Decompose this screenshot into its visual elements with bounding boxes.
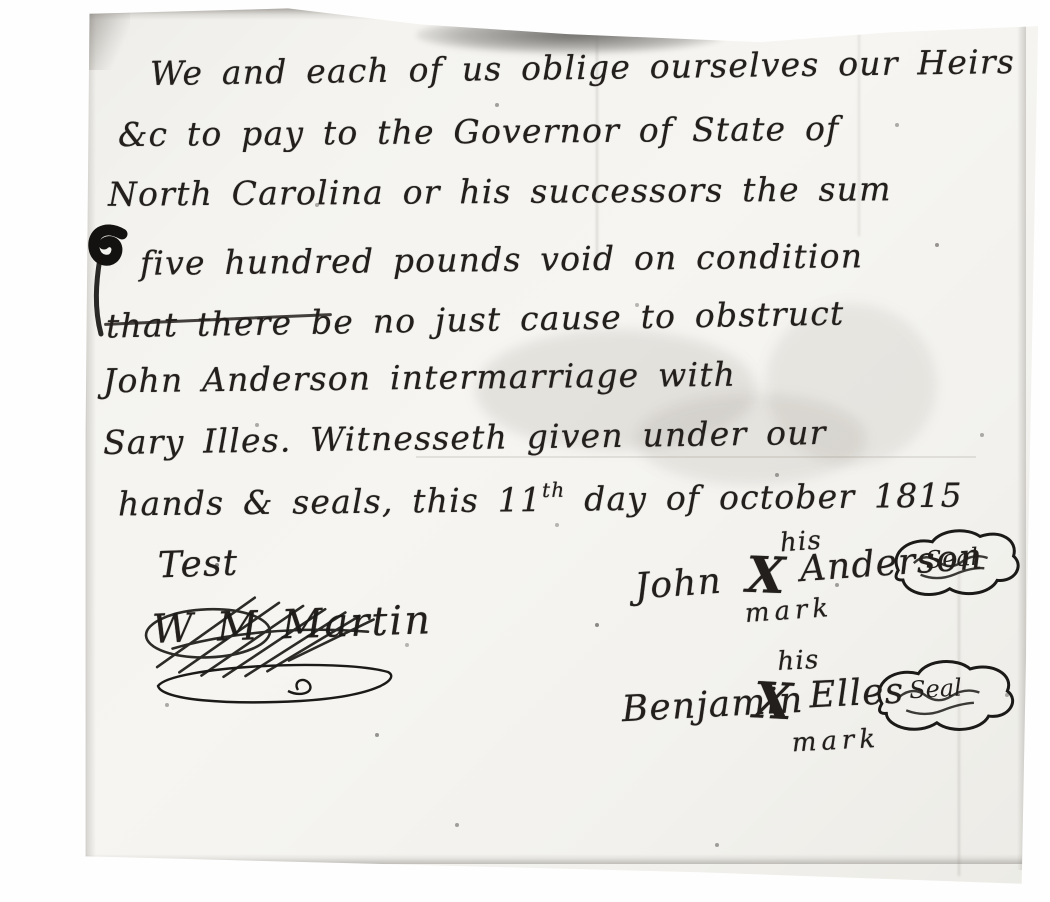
x-mark: X xyxy=(752,670,795,731)
bond-text-line: five hundred pounds void on condition xyxy=(140,236,864,283)
scanned-document-page: { "page": { "background_color": "#fefefe… xyxy=(0,0,1050,902)
paper-corner-fold xyxy=(84,10,130,70)
signer-last-name: Elles xyxy=(808,670,905,716)
closing-line-pre: hands & seals, this 11 xyxy=(118,480,542,523)
bond-text-line: North Carolina or his successors the sum xyxy=(108,169,892,213)
seal-word: Seal xyxy=(908,673,962,704)
top-ink-smudge-core xyxy=(546,12,686,34)
ordinal-superscript: th xyxy=(542,478,566,502)
closing-line-post: day of october 1815 xyxy=(565,476,963,519)
his-mark-lower-label: mark xyxy=(791,724,881,759)
paper-left-edge-shadow xyxy=(80,12,96,870)
test-attestation-label: Test xyxy=(157,543,239,587)
flourish-oval-icon xyxy=(148,656,404,708)
bond-text-line: &c to pay to the Governor of State of xyxy=(118,109,840,154)
paper-bottom-edge-shadow xyxy=(82,854,1030,864)
his-mark-lower-label: mark xyxy=(744,593,834,629)
paper-top-edge-shadow xyxy=(76,8,1040,20)
paper-speckles xyxy=(76,4,78,6)
bond-text-line: John Anderson intermarriage with xyxy=(103,355,737,401)
signer-first-name: John xyxy=(633,561,723,608)
signature-row-benjamin-elles: Benjamin his X Elles mark Seal xyxy=(619,637,1050,779)
